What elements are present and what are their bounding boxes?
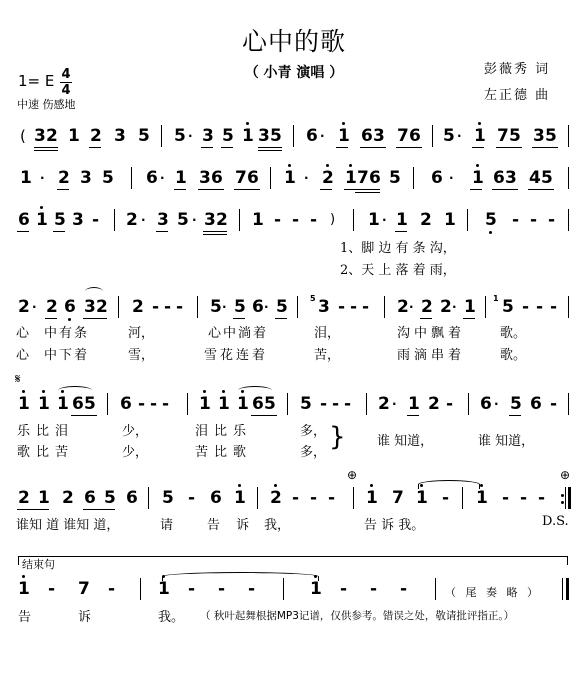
dal-segno-marking: D.S. xyxy=(542,514,569,529)
time-signature: 44 xyxy=(60,68,72,97)
ending-bracket xyxy=(18,556,568,565)
key-signature: 1= E xyxy=(18,72,54,90)
score-line-4: 2· 2 6 32 2 --- 5· 5 6· 5 5 3 --- 2· 2 2… xyxy=(0,296,588,322)
slur xyxy=(85,287,103,296)
score-line-1: ( 32 1 2 3 5 5· 3 5 1 35 6· 1 63 76 5· 1… xyxy=(0,125,588,151)
lyrics-shared-who-knows-1: 谁 知道， xyxy=(377,430,433,449)
lyrics-verse1-intro: 1、脚 边 有 条 沟， xyxy=(340,237,456,256)
transcriber-note: （ 秋叶起舞根据MP3记谱，仅供参考。错误之处，敬请批评指正。） xyxy=(200,608,514,623)
tempo-marking: 中速 伤感地 xyxy=(17,96,76,112)
lyrics-verse2-intro: 2、天 上 落 着 雨， xyxy=(340,259,456,278)
segno-sign: 𝄋 xyxy=(15,372,21,387)
coda-sign-end: ⊕ xyxy=(560,468,570,482)
outro-omitted: （ 尾 奏 略 ） xyxy=(445,584,541,600)
lyricist-credit: 彭薇秀 词 xyxy=(484,58,550,77)
score-line-5: 1 1 1 65 6 --- 1 1 1 65 5 --- 2· 1 2 - 6… xyxy=(0,393,588,419)
ending-label: 结束句 xyxy=(22,556,55,572)
score-line-3: 6 1 5 3 - 2· 3 5· 32 1 --- ) 1· 1 2 1 5 … xyxy=(0,209,588,235)
song-title: 心中的歌 xyxy=(0,22,588,58)
score-line-2: 1· 2 3 5 6· 1 36 76 1 · 2 176 5 6· 1 63 … xyxy=(0,167,588,193)
score-line-6: 21 2 65 6 5 - 6 1 2 --- 1 7 1 - 1 --- xyxy=(0,487,588,513)
coda-sign: ⊕ xyxy=(347,468,357,482)
composer-credit: 左正德 曲 xyxy=(484,84,550,103)
lyrics-shared-who-knows-2: 谁 知道， xyxy=(478,430,534,449)
verse-brace: } xyxy=(329,420,346,454)
